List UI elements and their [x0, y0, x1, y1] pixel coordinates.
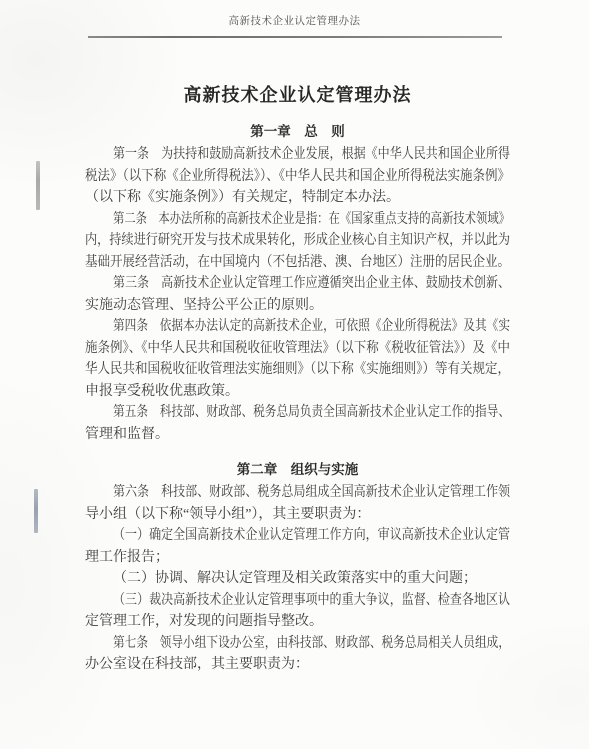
text-line-content: 华人民共和国税收征收管理法实施细则》（以下称《实施细则》）等有关规定，	[85, 359, 510, 381]
text-line-content: （一）确定全国高新技术企业认定管理工作方向，审议高新技术企业认定管	[113, 525, 510, 547]
document-page: 高新技术企业认定管理办法 高新技术企业认定管理办法 第一章 总 则第一条 为扶持…	[0, 0, 589, 749]
text-line: 申报享受税收优惠政策。	[85, 381, 510, 403]
document-body: 高新技术企业认定管理办法 第一章 总 则第一条 为扶持和鼓励高新技术企业发展，根…	[85, 0, 510, 676]
text-line-content: 第五条 科技部、财政部、税务总局负责全国高新技术企业认定工作的指导、	[113, 402, 510, 424]
text-line-content: （以下称《实施条例》）有关规定，特制定本办法。	[85, 187, 400, 209]
text-line: 办公室设在科技部，其主要职责为：	[85, 654, 510, 676]
text-line-content: 第七条 领导小组下设办公室，由科技部、财政部、税务总局相关人员组成，	[113, 633, 510, 655]
text-line: 第六条 科技部、财政部、税务总局组成全国高新技术企业认定管理工作领	[85, 482, 510, 504]
text-line: 定管理工作，对发现的问题指导整改。	[85, 611, 510, 633]
text-line-content: 申报享受税收优惠政策。	[85, 381, 239, 403]
text-line-content: （三）裁决高新技术企业认定管理事项中的重大争议，监督、检查各地区认	[113, 590, 510, 612]
text-line-content: 施条例》、《中华人民共和国税收征收管理法》（以下称《税收征管法》）及《中	[85, 338, 510, 360]
text-line: 税法》（以下称《企业所得税法》）、《中华人民共和国企业所得税法实施条例》	[85, 166, 510, 188]
chapter-heading: 第一章 总 则	[85, 120, 510, 144]
text-line-content: 第三条 高新技术企业认定管理工作应遵循突出企业主体、鼓励技术创新、	[113, 273, 510, 295]
chapter-heading: 第二章 组织与实施	[85, 458, 510, 482]
text-line-content: 第一条 为扶持和鼓励高新技术企业发展，根据《中华人民共和国企业所得	[113, 144, 510, 166]
text-line: 华人民共和国税收征收管理法实施细则》（以下称《实施细则》）等有关规定，	[85, 359, 510, 381]
text-line: （以下称《实施条例》）有关规定，特制定本办法。	[85, 187, 510, 209]
text-line: 管理和监督。	[85, 424, 510, 446]
text-line: 第三条 高新技术企业认定管理工作应遵循突出企业主体、鼓励技术创新、	[85, 273, 510, 295]
text-line-content: （二）协调、解决认定管理及相关政策落实中的重大问题；	[113, 568, 477, 590]
text-line: 第七条 领导小组下设办公室，由科技部、财政部、税务总局相关人员组成，	[85, 633, 510, 655]
text-line-content: 第二条 本办法所称的高新技术企业是指：在《国家重点支持的高新技术领域》	[113, 209, 510, 231]
text-line-content: 导小组（以下称“领导小组”），其主要职责为：	[85, 504, 370, 526]
text-line: 内，持续进行研究开发与技术成果转化，形成企业核心自主知识产权，并以此为	[85, 230, 510, 252]
text-line: 第一条 为扶持和鼓励高新技术企业发展，根据《中华人民共和国企业所得	[85, 144, 510, 166]
text-line: 基础开展经营活动，在中国境内（不包括港、澳、台地区）注册的居民企业。	[85, 252, 510, 274]
text-line-content: 第六条 科技部、财政部、税务总局组成全国高新技术企业认定管理工作领	[113, 482, 510, 504]
text-line-content: 办公室设在科技部，其主要职责为：	[85, 654, 309, 676]
text-line: 施条例》、《中华人民共和国税收征收管理法》（以下称《税收征管法》）及《中	[85, 338, 510, 360]
text-line: （二）协调、解决认定管理及相关政策落实中的重大问题；	[85, 568, 510, 590]
text-line-content: 定管理工作，对发现的问题指导整改。	[85, 611, 323, 633]
text-line: （三）裁决高新技术企业认定管理事项中的重大争议，监督、检查各地区认	[85, 590, 510, 612]
text-line: 实施动态管理、坚持公平公正的原则。	[85, 295, 510, 317]
scan-artifact-mark	[34, 489, 38, 533]
page-title: 高新技术企业认定管理办法	[85, 83, 510, 107]
text-line: 导小组（以下称“领导小组”），其主要职责为：	[85, 504, 510, 526]
text-line-content: 理工作报告；	[85, 547, 169, 569]
text-line-content: 基础开展经营活动，在中国境内（不包括港、澳、台地区）注册的居民企业。	[85, 252, 510, 274]
text-line: 第四条 依据本办法认定的高新技术企业，可依照《企业所得税法》及其《实	[85, 316, 510, 338]
text-line-content: 税法》（以下称《企业所得税法》）、《中华人民共和国企业所得税法实施条例》	[85, 166, 510, 188]
text-line: 理工作报告；	[85, 547, 510, 569]
text-line-content: 内，持续进行研究开发与技术成果转化，形成企业核心自主知识产权，并以此为	[85, 230, 510, 252]
text-line-content: 实施动态管理、坚持公平公正的原则。	[85, 295, 323, 317]
text-line: 第五条 科技部、财政部、税务总局负责全国高新技术企业认定工作的指导、	[85, 402, 510, 424]
text-line: （一）确定全国高新技术企业认定管理工作方向，审议高新技术企业认定管	[85, 525, 510, 547]
text-line-content: 管理和监督。	[85, 424, 169, 446]
text-line: 第二条 本办法所称的高新技术企业是指：在《国家重点支持的高新技术领域》	[85, 209, 510, 231]
text-line-content: 第四条 依据本办法认定的高新技术企业，可依照《企业所得税法》及其《实	[113, 316, 510, 338]
scan-artifact-mark	[36, 161, 40, 210]
